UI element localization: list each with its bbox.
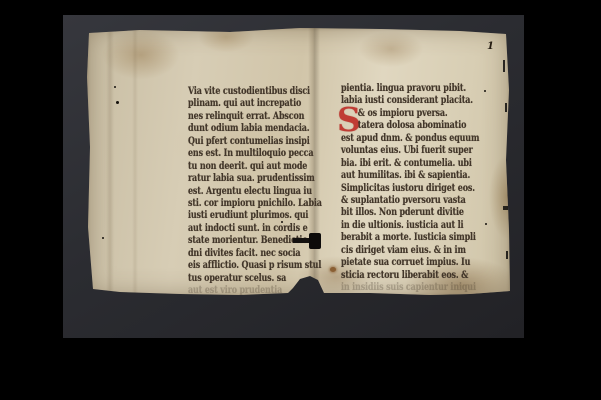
- stain-spot: [330, 267, 336, 272]
- manuscript-line: est apud dnm. & pondus equum: [341, 133, 467, 145]
- manuscript-line: tatera dolosa abominatio: [341, 120, 467, 132]
- ink-spot: [485, 223, 487, 225]
- manuscript-line: aut indocti sunt. in cordis e: [188, 223, 305, 235]
- manuscript-line: Via vite custodientibus disci: [188, 86, 305, 98]
- manuscript-line: ratur labia sua. prudentissim: [188, 173, 305, 185]
- manuscript-line: dunt odium labia mendacia.: [188, 123, 305, 135]
- manuscript-line: est. Argentu electu lingua iu: [188, 186, 305, 198]
- manuscript-line: dni divites facit. nec socia: [188, 248, 305, 260]
- manuscript-line: Simplicitas iustoru diriget eos.: [341, 183, 467, 195]
- manuscript-line: pientia. lingua pravoru pibit.: [341, 83, 467, 95]
- ink-spot: [281, 221, 283, 223]
- manuscript-line: tus operatur scelus. sa: [188, 273, 305, 285]
- manuscript-line: state morientur. Benedictio: [188, 235, 305, 247]
- manuscript-line: nes relinquit errat. Abscon: [188, 111, 305, 123]
- ink-spot: [102, 237, 104, 239]
- text-column-left: Via vite custodientibus disci plinam. qu…: [188, 86, 334, 297]
- manuscript-line: bit illos. Non pderunt divitie: [341, 207, 467, 219]
- vertical-crease: [132, 27, 138, 297]
- manuscript-line: tu non deerit. qui aut mode: [188, 161, 305, 173]
- manuscript-line: bia. ibi erit. & contumelia. ubi: [341, 158, 467, 170]
- text-column-right: pientia. lingua pravoru pibit. labia ius…: [341, 83, 499, 294]
- binding-clamp-head: [309, 233, 321, 249]
- manuscript-line: in die ultionis. iusticia aut li: [341, 220, 467, 232]
- sewing-slit: [503, 60, 505, 72]
- manuscript-line: berabit a morte. Iusticia simpli: [341, 232, 467, 244]
- manuscript-line: aut humilitas. ibi & sapientia.: [341, 170, 467, 182]
- manuscript-line: sticia rectoru liberabit eos. &: [341, 270, 467, 282]
- manuscript-line: & suplantatio pversoru vasta: [341, 195, 467, 207]
- manuscript-line: plinam. qui aut increpatio: [188, 98, 305, 110]
- ink-spot: [484, 90, 486, 92]
- manuscript-line: pietate sua corruet impius. Iu: [341, 257, 467, 269]
- manuscript-leaf: 1 Via vite custodientibus disci plinam. …: [86, 27, 511, 297]
- manuscript-line: sti. cor impioru pnichilo. Labia: [188, 198, 305, 210]
- manuscript-line: & os impioru pversa.: [341, 108, 467, 120]
- manuscript-line: Qui pfert contumelias insipi: [188, 136, 305, 148]
- manuscript-line: voluntas eius. Ubi fuerit super: [341, 145, 467, 157]
- manuscript-line: iusti erudiunt plurimos. qui: [188, 210, 305, 222]
- folio-number: 1: [487, 41, 494, 52]
- binding-clamp: [293, 233, 321, 249]
- ink-spot: [116, 101, 119, 104]
- ink-spot: [114, 86, 116, 88]
- manuscript-line: labia iusti considerant placita.: [341, 95, 467, 107]
- manuscript-line: cis diriget viam eius. & in im: [341, 245, 467, 257]
- vertical-crease: [106, 27, 114, 297]
- manuscript-line: eis afflictio. Quasi p risum stul: [188, 260, 305, 272]
- sewing-slit: [505, 103, 507, 112]
- manuscript-line: ens est. In multiloquio pecca: [188, 148, 305, 160]
- manuscript-line-faded: in insidiis suis capientur iniqui: [341, 282, 467, 294]
- sewing-slit: [506, 251, 508, 259]
- photo-frame: { "colors": { "frame_background": "#0000…: [0, 0, 601, 400]
